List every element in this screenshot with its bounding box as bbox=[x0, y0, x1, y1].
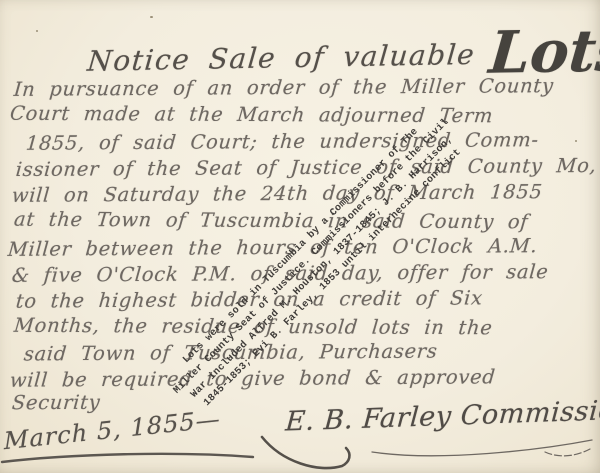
body-line: In pursuance of an order of the Miller C… bbox=[13, 74, 555, 101]
title-emphasis-lots: Lots bbox=[487, 21, 600, 81]
body-line: Security bbox=[11, 391, 101, 415]
body-line: will on Saturday the 24th day of March 1… bbox=[11, 180, 544, 207]
paper-speck bbox=[36, 30, 38, 32]
paper-speck bbox=[575, 140, 577, 142]
signature-squiggle bbox=[545, 449, 590, 456]
signature-underline bbox=[372, 440, 592, 456]
body-line: at the Town of Tuscumbia in said County … bbox=[13, 208, 529, 234]
body-line: issioner of the Seat of Justice of said … bbox=[15, 154, 598, 181]
body-line: will be required to give bond & approved bbox=[9, 365, 497, 391]
paper-speck bbox=[150, 16, 153, 18]
title-prefix: Notice Sale of valuable bbox=[86, 24, 478, 78]
signature: E. B. Farley Commissioner bbox=[284, 393, 600, 437]
body-line: Miller between the hours of ten O'Clock … bbox=[7, 234, 539, 261]
signature-paraph bbox=[262, 437, 349, 468]
bottom-left-rule bbox=[2, 454, 253, 462]
document-page: Notice Sale of valuable Lots In pursuanc… bbox=[0, 0, 600, 473]
